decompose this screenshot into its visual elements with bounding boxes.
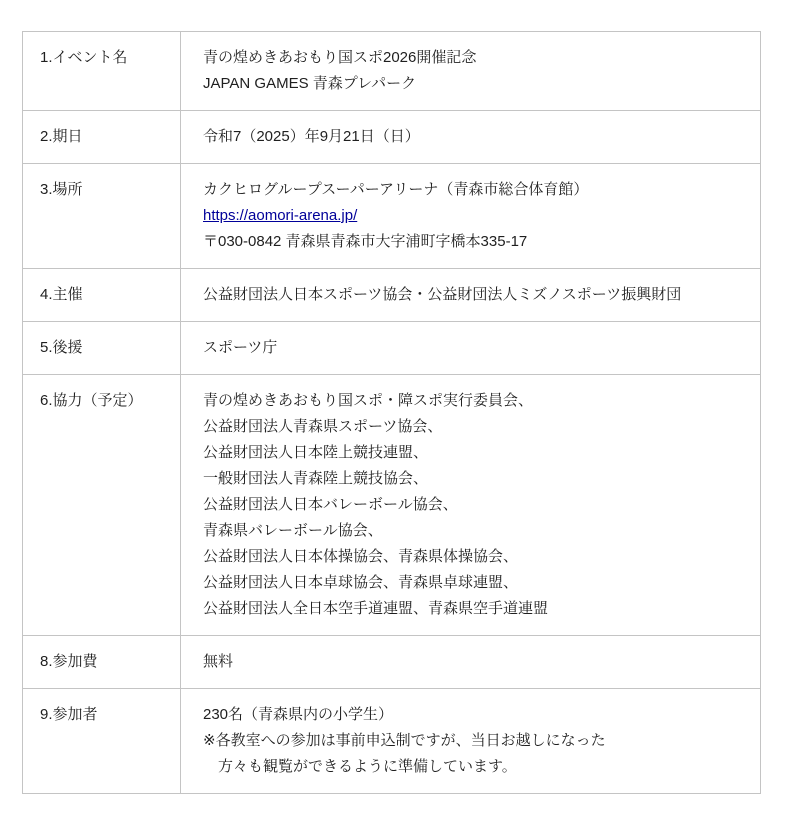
event-info-table: 1.イベント名青の煌めきあおもり国スポ2026開催記念JAPAN GAMES 青… xyxy=(22,31,761,794)
content-text: 公益財団法人青森県スポーツ協会、 xyxy=(203,418,442,435)
table-row: 9.参加者230名（青森県内の小学生）※各教室への参加は事前申込制ですが、当日お… xyxy=(23,689,761,794)
content-line: ※各教室への参加は事前申込制ですが、当日お越しになった xyxy=(203,728,742,754)
row-content: 公益財団法人日本スポーツ協会・公益財団法人ミズノスポーツ振興財団 xyxy=(181,269,761,322)
content-text: 青の煌めきあおもり国スポ2026開催記念 xyxy=(203,49,476,66)
row-content: スポーツ庁 xyxy=(181,322,761,375)
row-label: 6.協力（予定） xyxy=(23,375,181,636)
row-label: 4.主催 xyxy=(23,269,181,322)
content-text: 一般財団法人青森陸上競技協会、 xyxy=(203,470,428,487)
row-content: 230名（青森県内の小学生）※各教室への参加は事前申込制ですが、当日お越しになっ… xyxy=(181,689,761,794)
row-label: 2.期日 xyxy=(23,111,181,164)
table-row: 4.主催公益財団法人日本スポーツ協会・公益財団法人ミズノスポーツ振興財団 xyxy=(23,269,761,322)
row-label: 8.参加費 xyxy=(23,636,181,689)
content-text: 公益財団法人日本スポーツ協会・公益財団法人ミズノスポーツ振興財団 xyxy=(203,286,681,303)
content-line: 公益財団法人日本卓球協会、青森県卓球連盟、 xyxy=(203,570,742,596)
content-line: JAPAN GAMES 青森プレパーク xyxy=(203,71,742,97)
row-label: 9.参加者 xyxy=(23,689,181,794)
content-line: スポーツ庁 xyxy=(203,335,742,361)
content-text: 公益財団法人日本卓球協会、青森県卓球連盟、 xyxy=(203,574,518,591)
content-text: JAPAN GAMES 青森プレパーク xyxy=(203,75,416,92)
content-text: 青森県バレーボール協会、 xyxy=(203,522,383,539)
content-line: 令和7（2025）年9月21日（日） xyxy=(203,124,742,150)
content-text: 〒030-0842 青森県青森市大字浦町字橋本335-17 xyxy=(203,233,527,250)
row-label: 3.場所 xyxy=(23,164,181,269)
row-content: カクヒログループスーパーアリーナ（青森市総合体育館）https://aomori… xyxy=(181,164,761,269)
content-line: 〒030-0842 青森県青森市大字浦町字橋本335-17 xyxy=(203,229,742,255)
content-line: 公益財団法人日本スポーツ協会・公益財団法人ミズノスポーツ振興財団 xyxy=(203,282,742,308)
row-label: 1.イベント名 xyxy=(23,32,181,111)
content-text: 無料 xyxy=(203,653,233,670)
content-text: 230名（青森県内の小学生） xyxy=(203,706,393,723)
content-line: 青の煌めきあおもり国スポ2026開催記念 xyxy=(203,45,742,71)
row-content: 青の煌めきあおもり国スポ2026開催記念JAPAN GAMES 青森プレパーク xyxy=(181,32,761,111)
document-page: 1.イベント名青の煌めきあおもり国スポ2026開催記念JAPAN GAMES 青… xyxy=(0,0,800,818)
row-label: 5.後援 xyxy=(23,322,181,375)
content-text: 公益財団法人全日本空手道連盟、青森県空手道連盟 xyxy=(203,600,548,617)
content-text: 青の煌めきあおもり国スポ・障スポ実行委員会、 xyxy=(203,392,533,409)
content-line: 公益財団法人青森県スポーツ協会、 xyxy=(203,414,742,440)
table-row: 6.協力（予定）青の煌めきあおもり国スポ・障スポ実行委員会、公益財団法人青森県ス… xyxy=(23,375,761,636)
content-line: 公益財団法人全日本空手道連盟、青森県空手道連盟 xyxy=(203,596,742,622)
content-text: 令和7（2025）年9月21日（日） xyxy=(203,128,420,145)
row-content: 令和7（2025）年9月21日（日） xyxy=(181,111,761,164)
content-line: https://aomori-arena.jp/ xyxy=(203,203,742,229)
content-line: カクヒログループスーパーアリーナ（青森市総合体育館） xyxy=(203,177,742,203)
content-text: 公益財団法人日本バレーボール協会、 xyxy=(203,496,458,513)
table-row: 1.イベント名青の煌めきあおもり国スポ2026開催記念JAPAN GAMES 青… xyxy=(23,32,761,111)
table-row: 8.参加費無料 xyxy=(23,636,761,689)
content-line: 公益財団法人日本体操協会、青森県体操協会、 xyxy=(203,544,742,570)
arena-website-link[interactable]: https://aomori-arena.jp/ xyxy=(203,207,357,224)
content-line: 青森県バレーボール協会、 xyxy=(203,518,742,544)
content-text: スポーツ庁 xyxy=(203,339,277,356)
row-content: 青の煌めきあおもり国スポ・障スポ実行委員会、公益財団法人青森県スポーツ協会、公益… xyxy=(181,375,761,636)
row-content: 無料 xyxy=(181,636,761,689)
content-line: 無料 xyxy=(203,649,742,675)
content-text: 方々も観覧ができるように準備しています。 xyxy=(203,758,517,775)
content-line: 一般財団法人青森陸上競技協会、 xyxy=(203,466,742,492)
table-row: 3.場所カクヒログループスーパーアリーナ（青森市総合体育館）https://ao… xyxy=(23,164,761,269)
content-text: 公益財団法人日本陸上競技連盟、 xyxy=(203,444,428,461)
content-line: 230名（青森県内の小学生） xyxy=(203,702,742,728)
content-text: カクヒログループスーパーアリーナ（青森市総合体育館） xyxy=(203,181,588,198)
table-row: 2.期日令和7（2025）年9月21日（日） xyxy=(23,111,761,164)
table-row: 5.後援スポーツ庁 xyxy=(23,322,761,375)
content-text: ※各教室への参加は事前申込制ですが、当日お越しになった xyxy=(203,732,606,749)
content-line: 公益財団法人日本バレーボール協会、 xyxy=(203,492,742,518)
content-text: 公益財団法人日本体操協会、青森県体操協会、 xyxy=(203,548,518,565)
content-line: 公益財団法人日本陸上競技連盟、 xyxy=(203,440,742,466)
content-line: 青の煌めきあおもり国スポ・障スポ実行委員会、 xyxy=(203,388,742,414)
event-info-table-body: 1.イベント名青の煌めきあおもり国スポ2026開催記念JAPAN GAMES 青… xyxy=(23,32,761,794)
content-line: 方々も観覧ができるように準備しています。 xyxy=(203,754,742,780)
